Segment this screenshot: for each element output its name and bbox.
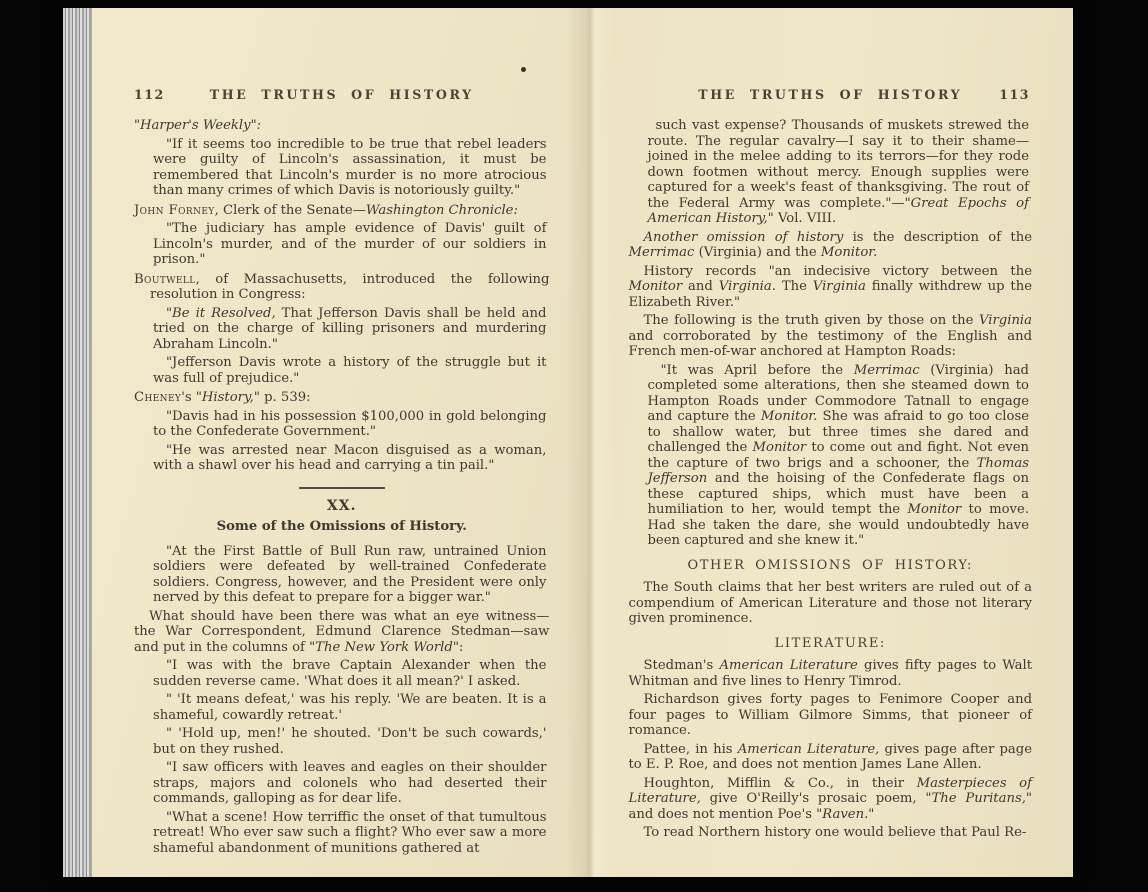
page-body: such vast expense? Thousands of muskets …	[628, 118, 1032, 841]
text-block: The South claims that her best writers a…	[628, 580, 1032, 627]
text-block: "At the First Battle of Bull Run raw, un…	[153, 544, 547, 606]
text-block: Stedman's American Literature gives fift…	[628, 658, 1032, 689]
section-divider	[299, 487, 385, 489]
book-page-edges	[63, 8, 92, 877]
text-block: What should have been there was what an …	[134, 609, 550, 656]
book-scan: 112 THE TRUTHS OF HISTORY "Harper's Week…	[63, 8, 1073, 877]
text-block: "Jefferson Davis wrote a history of the …	[153, 355, 547, 386]
text-block: LITERATURE:	[628, 636, 1032, 652]
text-block: Boutwell, of Massachusetts, introduced t…	[134, 272, 550, 303]
page-number: 113	[999, 87, 1030, 103]
page-header-right: THE TRUTHS OF HISTORY 113	[628, 87, 1032, 103]
text-block: "The judiciary has ample evidence of Dav…	[153, 221, 547, 268]
page-number: 112	[134, 87, 165, 103]
page-112: 112 THE TRUTHS OF HISTORY "Harper's Week…	[92, 8, 591, 877]
text-block: To read Northern history one would belie…	[628, 825, 1032, 841]
text-block: Another omission of history is the descr…	[628, 230, 1032, 261]
text-block: Pattee, in his American Literature, give…	[628, 742, 1032, 773]
text-block: OTHER OMISSIONS OF HISTORY:	[628, 558, 1032, 574]
text-block: Richardson gives forty pages to Fenimore…	[628, 692, 1032, 739]
text-block: "Be it Resolved, That Jefferson Davis sh…	[153, 306, 547, 353]
text-block: "I saw officers with leaves and eagles o…	[153, 760, 547, 807]
text-block: "What a scene! How terriffic the onset o…	[153, 810, 547, 857]
running-title: THE TRUTHS OF HISTORY	[628, 87, 1032, 103]
text-block: John Forney, Clerk of the Senate—Washing…	[134, 203, 550, 219]
page-113: THE TRUTHS OF HISTORY 113 such vast expe…	[590, 8, 1073, 877]
text-block: XX.	[134, 499, 550, 515]
text-block: Houghton, Mifflin & Co., in their Master…	[628, 776, 1032, 823]
ink-spot	[521, 67, 526, 72]
running-title: THE TRUTHS OF HISTORY	[134, 87, 550, 103]
scan-viewport: { "colors": { "background": "#050505", "…	[0, 0, 1148, 892]
text-block: such vast expense? Thousands of muskets …	[647, 118, 1029, 227]
page-body: "Harper's Weekly":"If it seems too incre…	[134, 118, 550, 856]
text-block: "Harper's Weekly":	[134, 118, 550, 134]
page-header-left: 112 THE TRUTHS OF HISTORY	[134, 87, 550, 103]
text-block: Cheney's "History," p. 539:	[134, 390, 550, 406]
text-block: "I was with the brave Captain Alexander …	[153, 658, 547, 689]
text-block: "He was arrested near Macon disguised as…	[153, 443, 547, 474]
text-block: "It was April before the Merrimac (Virgi…	[647, 363, 1029, 549]
text-block: "If it seems too incredible to be true t…	[153, 137, 547, 199]
text-block: The following is the truth given by thos…	[628, 313, 1032, 360]
text-block: " 'It means defeat,' was his reply. 'We …	[153, 692, 547, 723]
text-block: "Davis had in his possession $100,000 in…	[153, 409, 547, 440]
text-block: " 'Hold up, men!' he shouted. 'Don't be …	[153, 726, 547, 757]
text-block: Some of the Omissions of History.	[134, 519, 550, 535]
text-block: History records "an indecisive victory b…	[628, 264, 1032, 311]
